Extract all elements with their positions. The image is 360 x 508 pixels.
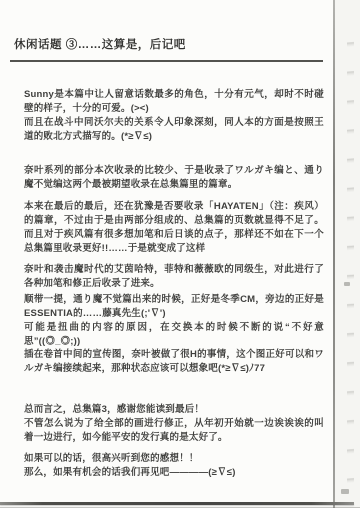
paragraph-winter-cm: 顺带一提，通り魔不觉篇出来的时候，正好是冬季CM，旁边的正好是ESSENTIA的… bbox=[24, 293, 324, 349]
paragraph-line: 不管怎么说为了给全部的画进行修正，从年初开始就一边诶诶诶的叫着一边进行，如今能平… bbox=[24, 417, 324, 445]
paragraph-nanoha-series: 奈叶系列的部分本次收录的比较少、于是收录了ワルガキ编と、通り魔不觉编这两个最被期… bbox=[24, 164, 324, 192]
scan-artifact bbox=[341, 489, 349, 494]
paragraph-line: 那么，如果有机会的话我们再见吧————(≥∇≤) bbox=[24, 466, 324, 480]
paragraph-farewell: 如果可以的话，很高兴听到您的感想！！ 那么，如果有机会的话我们再见吧————(≥… bbox=[24, 452, 324, 480]
paragraph-sunny: Sunny是本篇中让人留意话数最多的角色，十分有元气，却时不时碰壁的样子，十分的… bbox=[24, 88, 324, 144]
paragraph-line: 而且在战斗中同沃尔夫的关系令人印象深刻，同人本的方面是按照王道的败北方式描写的。… bbox=[24, 116, 324, 144]
scan-page-edge-vertical bbox=[333, 0, 335, 508]
scan-page-edge-bottom bbox=[0, 502, 354, 505]
scan-page-stack-edge bbox=[334, 0, 360, 508]
paragraph-thanks: 总而言之，总集篇3，感谢您能读到最后！ 不管怎么说为了给全部的画进行修正，从年初… bbox=[24, 403, 324, 445]
paragraph-line: 总而言之，总集篇3，感谢您能读到最后！ bbox=[24, 403, 324, 417]
paragraph-line: 奈叶系列的部分本次收录的比较少、于是收录了ワルガキ编と、通り魔不觉编这两个最被期… bbox=[24, 164, 324, 192]
scan-artifact bbox=[344, 282, 350, 286]
paragraph-frontispiece: 插在卷首中间的宣传图，奈叶被做了很H的事情，这个图正好可以和ワルガキ编接续起来，… bbox=[24, 348, 324, 376]
paragraph-line: 如果可以的话，很高兴听到您的感想！！ bbox=[24, 452, 324, 466]
paragraph-hayaten: 本来在最后的最后，还在犹豫是否要收录「HAYATEN」（注：疾风）的篇章，不过由… bbox=[24, 200, 324, 256]
paragraph-line: 本来在最后的最后，还在犹豫是否要收录「HAYATEN」（注：疾风）的篇章，不过由… bbox=[24, 200, 324, 256]
paragraph-einhart: 奈叶和袭击魔时代的艾茵哈特，菲特和薇薇欧的同级生，对此进行了各种加笔和修正后收录… bbox=[24, 263, 324, 291]
scanned-afterword-page: 休闲话题 ③……这算是，后记吧 Sunny是本篇中让人留意话数最多的角色，十分有… bbox=[0, 0, 360, 508]
paragraph-line: 插在卷首中间的宣传图，奈叶被做了很H的事情，这个图正好可以和ワルガキ编接续起来，… bbox=[24, 348, 324, 376]
paragraph-line: 可能是扭曲的内容的原因，在交换本的时候不断的说“不好意思”((◎_◎;)) bbox=[24, 321, 324, 349]
paragraph-line: 顺带一提，通り魔不觉篇出来的时候，正好是冬季CM，旁边的正好是ESSENTIA的… bbox=[24, 293, 324, 321]
paragraph-line: 奈叶和袭击魔时代的艾茵哈特，菲特和薇薇欧的同级生，对此进行了各种加笔和修正后收录… bbox=[24, 263, 324, 291]
page-title: 休闲话题 ③……这算是，后记吧 bbox=[14, 36, 186, 52]
paragraph-line: Sunny是本篇中让人留意话数最多的角色，十分有元气，却时不时碰壁的样子，十分的… bbox=[24, 88, 324, 116]
title-divider bbox=[10, 60, 323, 62]
